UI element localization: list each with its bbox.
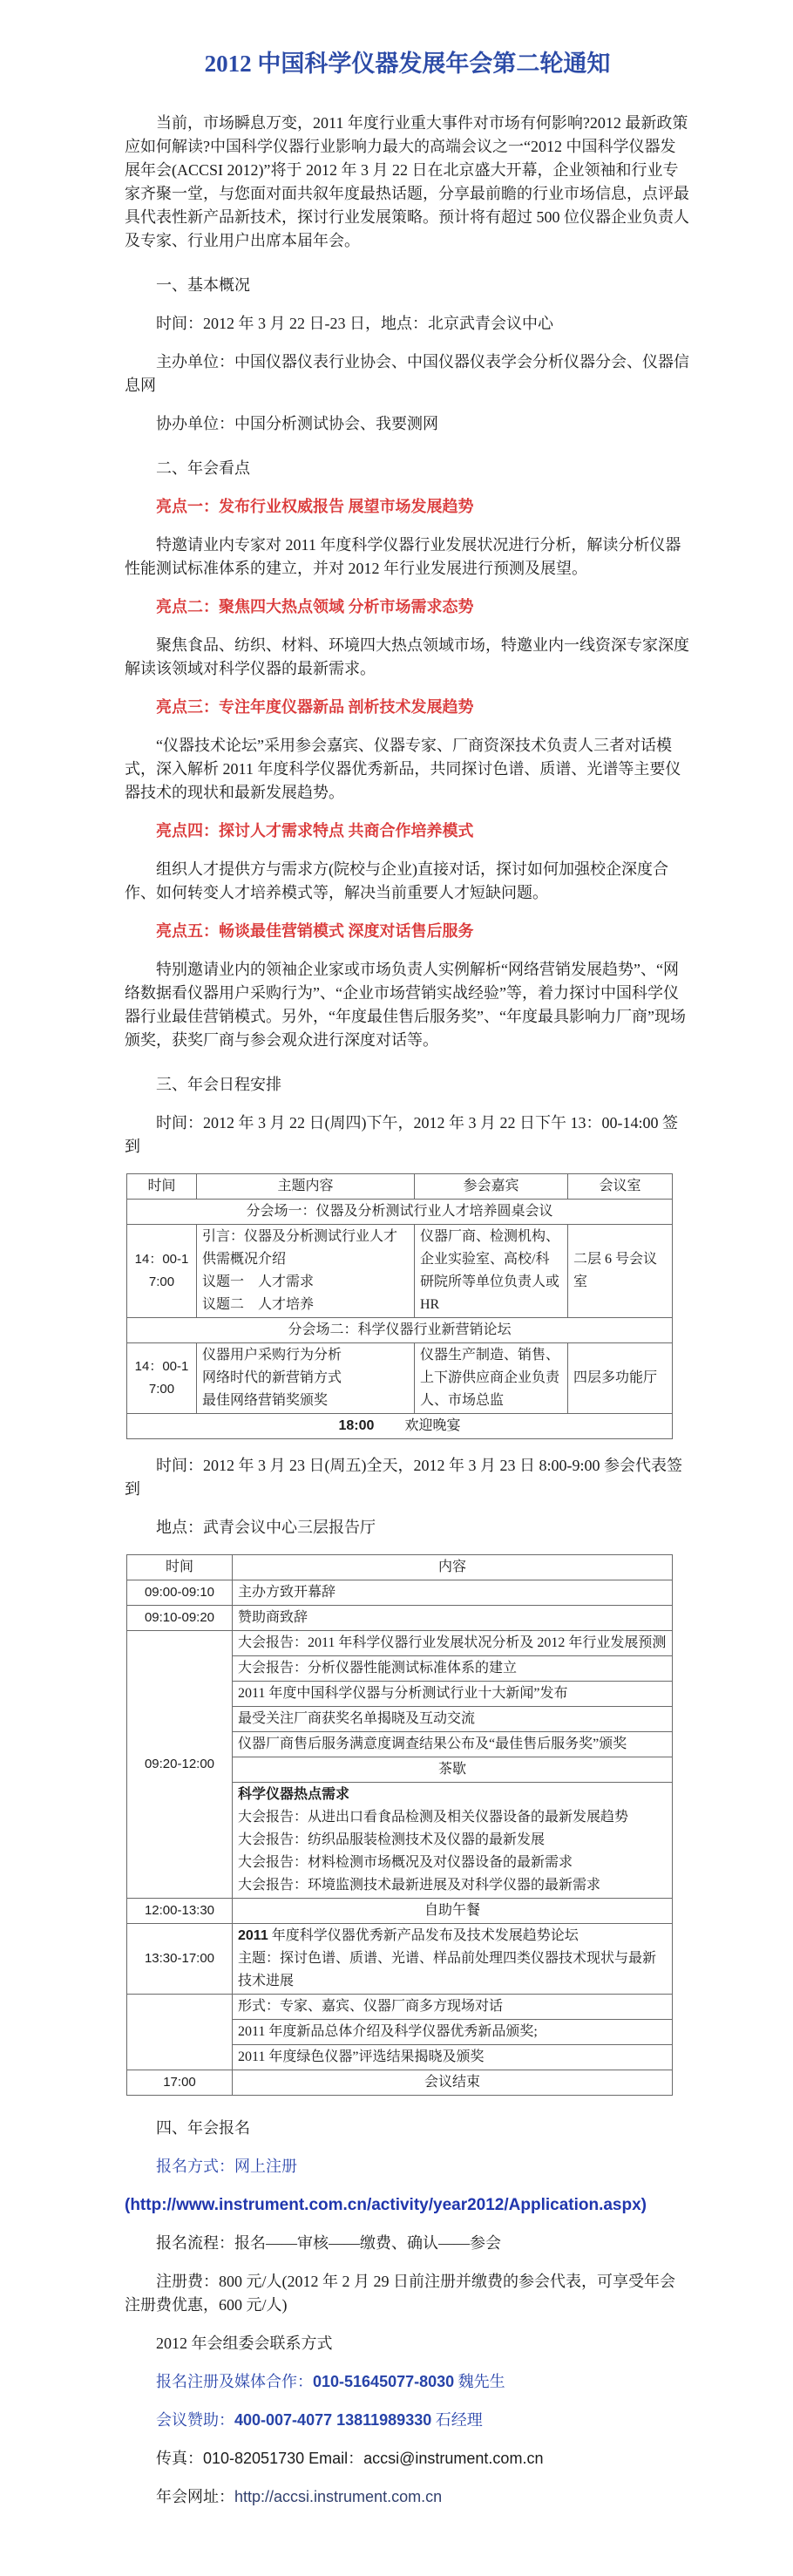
content-cell: 主办方致开幕辞	[233, 1580, 673, 1606]
topic-cell: 引言：仪器及分析测试行业人才供需概况介绍议题一 人才需求议题二 人才培养	[197, 1225, 415, 1318]
document-body: 2012 中国科学仪器发展年会第二轮通知 当前，市场瞬息万变，2011 年度行业…	[0, 0, 793, 2576]
time-cell: 17:00	[127, 2070, 233, 2096]
column-header: 参会嘉宾	[415, 1174, 568, 1200]
time-cell: 09:10-09:20	[127, 1606, 233, 1631]
basic-host: 主办单位：中国仪器仪表行业协会、中国仪器仪表学会分析仪器分会、仪器信息网	[125, 350, 690, 398]
table-row: 09:10-09:20赞助商致辞	[127, 1606, 673, 1631]
time-cell: 13:30-17:00	[127, 1924, 233, 1995]
contact-sponsor-line: 会议赞助：400-007-4077 13811989330 石经理	[125, 2409, 690, 2432]
intro-paragraph: 当前，市场瞬息万变，2011 年度行业重大事件对市场有何影响?2012 最新政策…	[125, 112, 690, 253]
topic-line: 网络时代的新营销方式	[202, 1367, 409, 1390]
guests-cell: 仪器厂商、检测机构、企业实验室、高校/科研院所等单位负责人或 HR	[415, 1225, 568, 1318]
page-title: 2012 中国科学仪器发展年会第二轮通知	[125, 47, 690, 80]
schedule-table-day1: 时间主题内容参会嘉宾会议室分会场一：仪器及分析测试行业人才培养圆桌会议14：00…	[126, 1173, 673, 1439]
time-cell: 14：00-17:00	[127, 1343, 197, 1414]
bold-year: 2011	[238, 1928, 268, 1943]
content-line: 2011 年度科学仪器优秀新产品发布及技术发展趋势论坛	[238, 1925, 667, 1947]
time-cell	[127, 1995, 233, 2070]
column-header: 会议室	[568, 1174, 673, 1200]
content-cell: 会议结束	[233, 2070, 673, 2096]
basic-time-place: 时间：2012 年 3 月 22 日-23 日，地点：北京武青会议中心	[125, 312, 690, 336]
topic-line: 议题一 人才需求	[202, 1271, 409, 1294]
column-header: 主题内容	[197, 1174, 415, 1200]
content-line: 大会报告：环境监测技术最新进展及对科学仪器的最新需求	[238, 1874, 667, 1897]
content-cell: 大会报告：2011 年科学仪器行业发展状况分析及 2012 年行业发展预测	[233, 1631, 673, 1656]
session-detail-row: 14：00-17:00仪器用户采购行为分析网络时代的新营销方式最佳网络营销奖颁奖…	[127, 1343, 673, 1414]
session-title-cell: 分会场二：科学仪器行业新营销论坛	[127, 1318, 673, 1343]
highlight-3-title: 亮点三：专注年度仪器新品 剖析技术发展趋势	[125, 696, 690, 719]
committee-heading: 2012 年会组委会联系方式	[125, 2332, 690, 2355]
day2-time-line: 时间：2012 年 3 月 23 日(周五)全天，2012 年 3 月 23 日…	[125, 1454, 690, 1501]
content-cell: 最受关注厂商获奖名单揭晓及互动交流	[233, 1707, 673, 1732]
time-cell: 09:00-09:10	[127, 1580, 233, 1606]
topic-line: 最佳网络营销奖颁奖	[202, 1390, 409, 1412]
content-cell: 赞助商致辞	[233, 1606, 673, 1631]
banquet-cell: 18:00欢迎晚宴	[127, 1414, 673, 1439]
column-header: 内容	[233, 1555, 673, 1580]
contact-sponsor-phone: 400-007-4077 13811989330	[234, 2411, 431, 2429]
topic-line: 议题二 人才培养	[202, 1294, 409, 1316]
topic-cell: 仪器用户采购行为分析网络时代的新营销方式最佳网络营销奖颁奖	[197, 1343, 415, 1414]
content-line: 科学仪器热点需求	[238, 1784, 667, 1806]
content-line: 主题：探讨色谱、质谱、光谱、样品前处理四类仪器技术现状与最新技术进展	[238, 1947, 667, 1993]
content-cell: 2011 年度绿色仪器”评选结果揭晓及颁奖	[233, 2045, 673, 2070]
content-cell: 2011 年度中国科学仪器与分析测试行业十大新闻”发布	[233, 1682, 673, 1707]
highlight-2-body: 聚焦食品、纺织、材料、环境四大热点领域市场，特邀业内一线资深专家深度解读该领域对…	[125, 634, 690, 681]
guests-cell: 仪器生产制造、销售、上下游供应商企业负责人、市场总监	[415, 1343, 568, 1414]
section-schedule-heading: 三、年会日程安排	[125, 1073, 690, 1097]
content-line: 大会报告：材料检测市场概况及对仪器设备的最新需求	[238, 1852, 667, 1874]
contact-reg-media-person: 魏先生	[454, 2373, 505, 2390]
session-title-cell: 分会场一：仪器及分析测试行业人才培养圆桌会议	[127, 1200, 673, 1225]
highlight-4-body: 组织人才提供方与需求方(院校与企业)直接对话，探讨如何加强校企深度合作、如何转变…	[125, 858, 690, 905]
content-cell: 形式：专家、嘉宾、仪器厂商多方现场对话	[233, 1995, 673, 2020]
registration-fee: 注册费：800 元/人(2012 年 2 月 29 日前注册并缴费的参会代表，可…	[125, 2270, 690, 2317]
room-cell: 二层 6 号会议室	[568, 1225, 673, 1318]
column-header: 时间	[127, 1174, 197, 1200]
table-header-row: 时间主题内容参会嘉宾会议室	[127, 1174, 673, 1200]
day1-time-line: 时间：2012 年 3 月 22 日(周四)下午，2012 年 3 月 22 日…	[125, 1111, 690, 1159]
highlight-5-body: 特别邀请业内的领袖企业家或市场负责人实例解析“网络营销发展趋势”、“网络数据看仪…	[125, 958, 690, 1052]
session-detail-row: 14：00-17:00引言：仪器及分析测试行业人才供需概况介绍议题一 人才需求议…	[127, 1225, 673, 1318]
highlight-3-body: “仪器技术论坛”采用参会嘉宾、仪器专家、厂商资深技术负责人三者对话模式，深入解析…	[125, 734, 690, 805]
contact-reg-media-phone: 010-51645077-8030	[313, 2373, 454, 2390]
highlight-2-title: 亮点二：聚焦四大热点领域 分析市场需求态势	[125, 595, 690, 619]
contact-website-label: 年会网址：	[156, 2488, 234, 2505]
room-cell: 四层多功能厅	[568, 1343, 673, 1414]
banquet-row: 18:00欢迎晚宴	[127, 1414, 673, 1439]
table-row: 13:30-17:002011 年度科学仪器优秀新产品发布及技术发展趋势论坛主题…	[127, 1924, 673, 1995]
highlight-1-body: 特邀请业内专家对 2011 年度科学仪器行业发展状况进行分析，解读分析仪器性能测…	[125, 534, 690, 581]
schedule-table-day2: 时间内容09:00-09:10主办方致开幕辞09:10-09:20赞助商致辞09…	[126, 1554, 673, 2096]
highlight-1-title: 亮点一：发布行业权威报告 展望市场发展趋势	[125, 495, 690, 519]
time-cell: 09:20-12:00	[127, 1631, 233, 1899]
contact-sponsor-label: 会议赞助：	[156, 2411, 234, 2429]
content-cell: 仪器厂商售后服务满意度调查结果公布及“最佳售后服务奖”颁奖	[233, 1732, 673, 1757]
topic-line: 仪器用户采购行为分析	[202, 1344, 409, 1367]
contact-reg-media-line: 报名注册及媒体合作：010-51645077-8030 魏先生	[125, 2370, 690, 2394]
contact-fax-value: 010-82051730 Email：accsi@instrument.com.…	[203, 2450, 543, 2467]
table-row: 09:00-09:10主办方致开幕辞	[127, 1580, 673, 1606]
table-row: 17:00会议结束	[127, 2070, 673, 2096]
table-row: 09:20-12:00大会报告：2011 年科学仪器行业发展状况分析及 2012…	[127, 1631, 673, 1656]
section-basic-heading: 一、基本概况	[125, 274, 690, 297]
section-highlights-heading: 二、年会看点	[125, 457, 690, 480]
content-cell: 大会报告：分析仪器性能测试标准体系的建立	[233, 1656, 673, 1682]
registration-method: 报名方式：网上注册	[125, 2155, 690, 2178]
content-cell: 茶歇	[233, 1757, 673, 1783]
time-cell: 12:00-13:30	[127, 1899, 233, 1924]
contact-fax-label: 传真：	[156, 2450, 203, 2467]
banquet-time: 18:00	[338, 1418, 374, 1433]
section-registration-heading: 四、年会报名	[125, 2117, 690, 2140]
content-cell: 科学仪器热点需求大会报告：从进出口看食品检测及相关仪器设备的最新发展趋势大会报告…	[233, 1783, 673, 1899]
highlight-4-title: 亮点四：探讨人才需求特点 共商合作培养模式	[125, 819, 690, 843]
content-cell: 自助午餐	[233, 1899, 673, 1924]
registration-url-line: (http://www.instrument.com.cn/activity/y…	[125, 2193, 690, 2217]
contact-reg-media-label: 报名注册及媒体合作：	[156, 2373, 313, 2390]
contact-sponsor-person: 石经理	[431, 2411, 483, 2429]
basic-cohost: 协办单位：中国分析测试协会、我要测网	[125, 412, 690, 436]
time-cell: 14：00-17:00	[127, 1225, 197, 1318]
contact-website-line: 年会网址：http://accsi.instrument.com.cn	[125, 2485, 690, 2509]
table-row: 12:00-13:30自助午餐	[127, 1899, 673, 1924]
table-row: 形式：专家、嘉宾、仪器厂商多方现场对话	[127, 1995, 673, 2020]
registration-url-link[interactable]: (http://www.instrument.com.cn/activity/y…	[125, 2196, 647, 2214]
registration-flow: 报名流程：报名——审核——缴费、确认——参会	[125, 2232, 690, 2255]
column-header: 时间	[127, 1555, 233, 1580]
notice-page: 2012 中国科学仪器发展年会第二轮通知 当前，市场瞬息万变，2011 年度行业…	[0, 0, 793, 2576]
banquet-label: 欢迎晚宴	[405, 1418, 461, 1433]
topic-line: 引言：仪器及分析测试行业人才供需概况介绍	[202, 1226, 409, 1271]
conference-website-link[interactable]: http://accsi.instrument.com.cn	[234, 2488, 442, 2505]
session-title-row: 分会场二：科学仪器行业新营销论坛	[127, 1318, 673, 1343]
content-cell: 2011 年度新品总体介绍及科学仪器优秀新品颁奖;	[233, 2020, 673, 2045]
content-line: 大会报告：纺织品服装检测技术及仪器的最新发展	[238, 1829, 667, 1852]
highlight-5-title: 亮点五：畅谈最佳营销模式 深度对话售后服务	[125, 920, 690, 943]
content-cell: 2011 年度科学仪器优秀新产品发布及技术发展趋势论坛主题：探讨色谱、质谱、光谱…	[233, 1924, 673, 1995]
content-line: 大会报告：从进出口看食品检测及相关仪器设备的最新发展趋势	[238, 1806, 667, 1829]
contact-fax-line: 传真：010-82051730 Email：accsi@instrument.c…	[125, 2447, 690, 2471]
table-header-row: 时间内容	[127, 1555, 673, 1580]
session-title-row: 分会场一：仪器及分析测试行业人才培养圆桌会议	[127, 1200, 673, 1225]
day2-place-line: 地点：武青会议中心三层报告厅	[125, 1516, 690, 1539]
